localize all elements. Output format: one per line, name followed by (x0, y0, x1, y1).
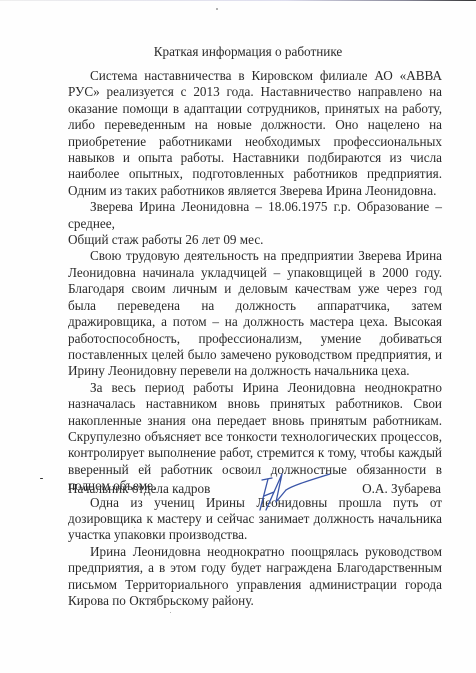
paragraph-employee-info: Зверева Ирина Леонидовна – 18.06.1975 г.… (68, 199, 442, 232)
scan-speck (134, 527, 135, 528)
scan-speck (170, 612, 171, 613)
document-page: Краткая информация о работнике Система н… (0, 0, 476, 673)
scan-edge (0, 0, 476, 1)
signature-row: Начальник отдела кадров О.А. Зубарева (68, 481, 441, 499)
signer-position: Начальник отдела кадров (68, 481, 210, 497)
paragraph-mentoring-system: Система наставничества в Кировском филиа… (68, 68, 442, 199)
scan-speck (40, 478, 43, 479)
paragraph-work-experience: Общий стаж работы 26 лет 09 мес. (68, 232, 442, 248)
scan-speck (216, 8, 218, 10)
signer-name: О.А. Зубарева (362, 481, 441, 497)
document-title: Краткая информация о работнике (0, 44, 476, 60)
paragraph-award: Ирина Леонидовна неоднократно поощрялась… (68, 544, 442, 610)
document-title-text: Краткая информация о работнике (154, 44, 343, 59)
paragraph-career: Свою трудовую деятельность на предприяти… (68, 248, 442, 379)
document-body: Система наставничества в Кировском филиа… (68, 68, 442, 609)
